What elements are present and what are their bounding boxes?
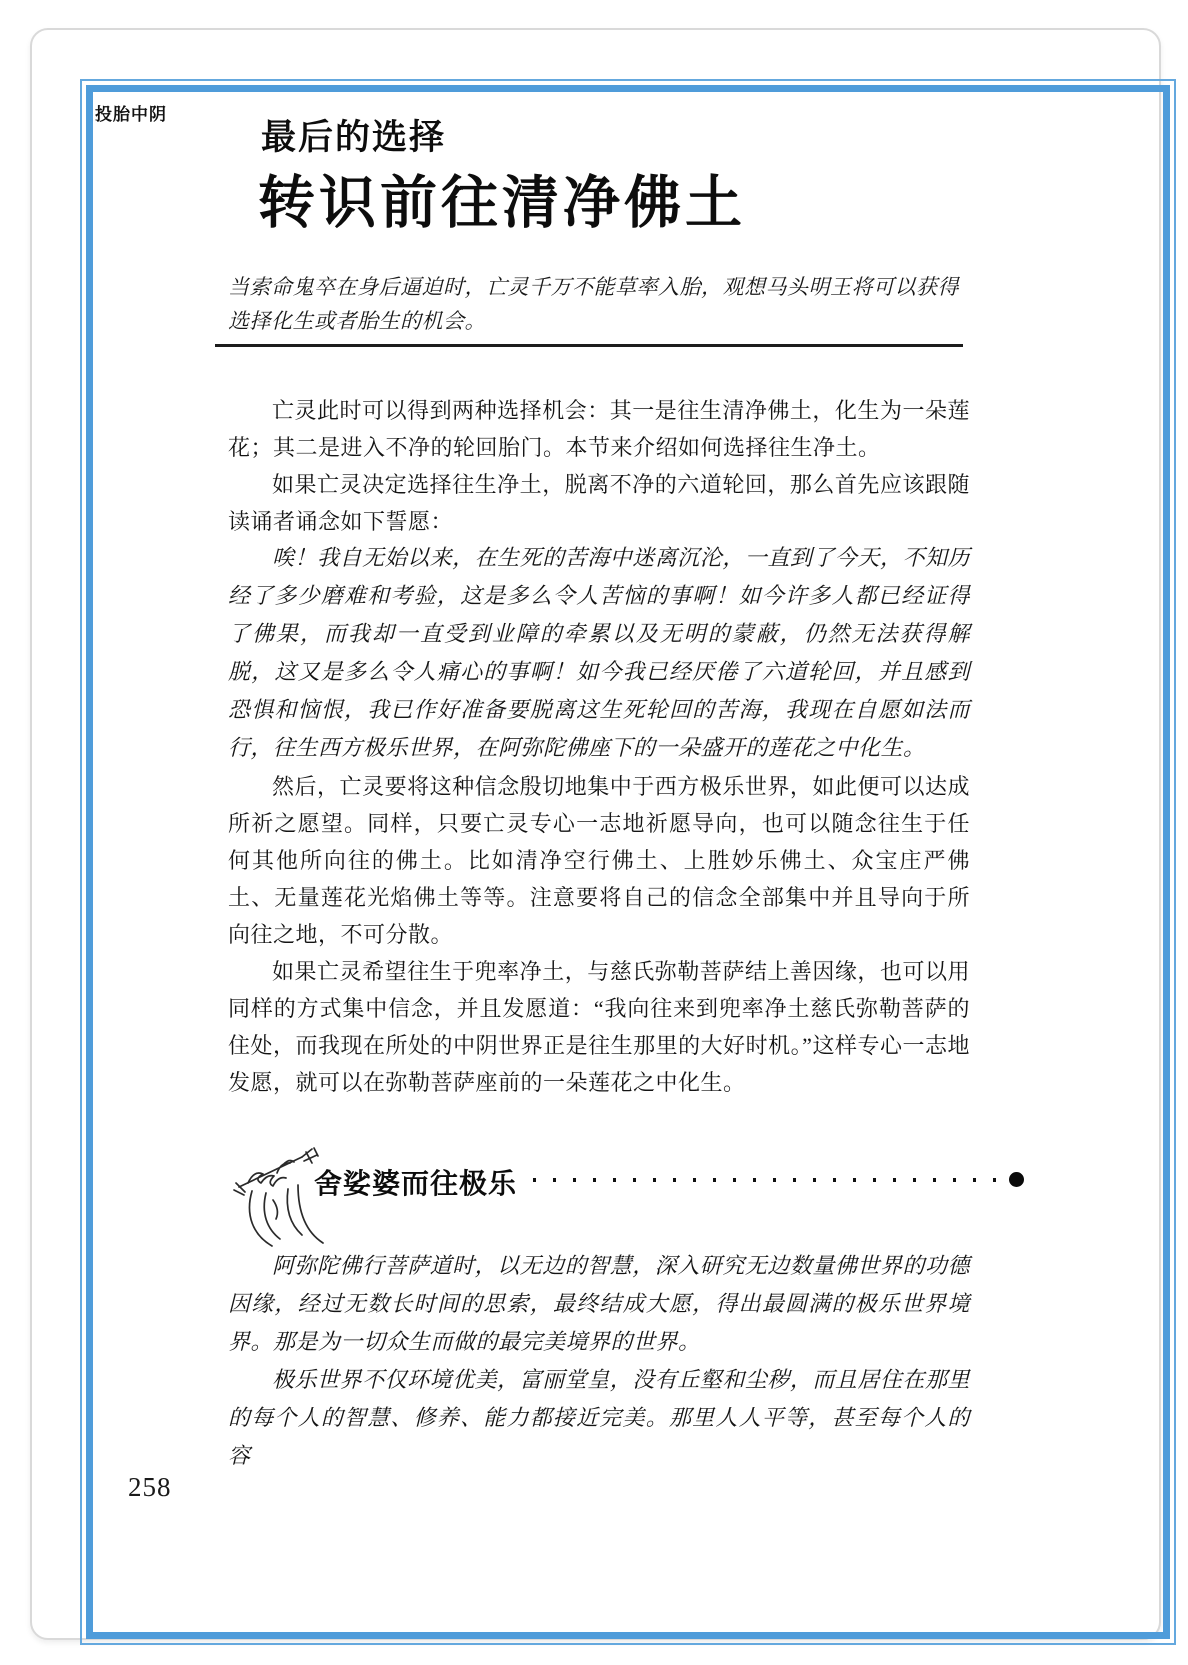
paragraph: 然后，亡灵要将这种信念殷切地集中于西方极乐世界，如此便可以达成所祈之愿望。同样，… xyxy=(228,768,970,953)
article-title: 转识前往清净佛土 xyxy=(258,157,746,239)
paragraph: 极乐世界不仅环境优美，富丽堂皇，没有丘壑和尘秽，而且居住在那里的每个人的智慧、修… xyxy=(228,1362,970,1476)
paragraph: 亡灵此时可以得到两种选择机会：其一是往生清净佛土，化生为一朵莲花；其二是进入不净… xyxy=(228,392,970,466)
section-heading-row: 舍娑婆而往极乐 xyxy=(232,1138,1024,1248)
body-paragraphs: 亡灵此时可以得到两种选择机会：其一是往生清净佛土，化生为一朵莲花；其二是进入不净… xyxy=(228,392,970,1101)
chapter-header-label: 投胎中阴 xyxy=(95,100,167,125)
paragraph: 阿弥陀佛行菩萨道时，以无边的智慧，深入研究无边数量佛世界的功德因缘，经过无数长时… xyxy=(228,1248,970,1362)
horizontal-rule xyxy=(215,344,963,347)
section-end-dot-icon xyxy=(1009,1172,1024,1187)
article-intro: 当索命鬼卒在身后逼迫时，亡灵千万不能草率入胎，观想马头明王将可以获得选择化生或者… xyxy=(228,270,970,338)
section-heading: 舍娑婆而往极乐 xyxy=(314,1162,517,1202)
paragraph: 如果亡灵决定选择往生净土，脱离不净的六道轮回，那么首先应该跟随读诵者诵念如下誓愿… xyxy=(228,466,970,540)
article-subtitle: 最后的选择 xyxy=(261,110,446,160)
scanned-book-page: 投胎中阴 最后的选择 转识前往清净佛土 当索命鬼卒在身后逼迫时，亡灵千万不能草率… xyxy=(0,0,1188,1665)
dotted-leader xyxy=(533,1178,1001,1182)
paragraph: 唉！我自无始以来，在生死的苦海中迷离沉沦，一直到了今天，不知历经了多少磨难和考验… xyxy=(228,540,970,768)
section-paragraphs: 阿弥陀佛行菩萨道时，以无边的智慧，深入研究无边数量佛世界的功德因缘，经过无数长时… xyxy=(228,1248,970,1476)
paragraph: 如果亡灵希望往生于兜率净土，与慈氏弥勒菩萨结上善因缘，也可以用同样的方式集中信念… xyxy=(228,953,970,1101)
page-number: 258 xyxy=(128,1472,172,1503)
